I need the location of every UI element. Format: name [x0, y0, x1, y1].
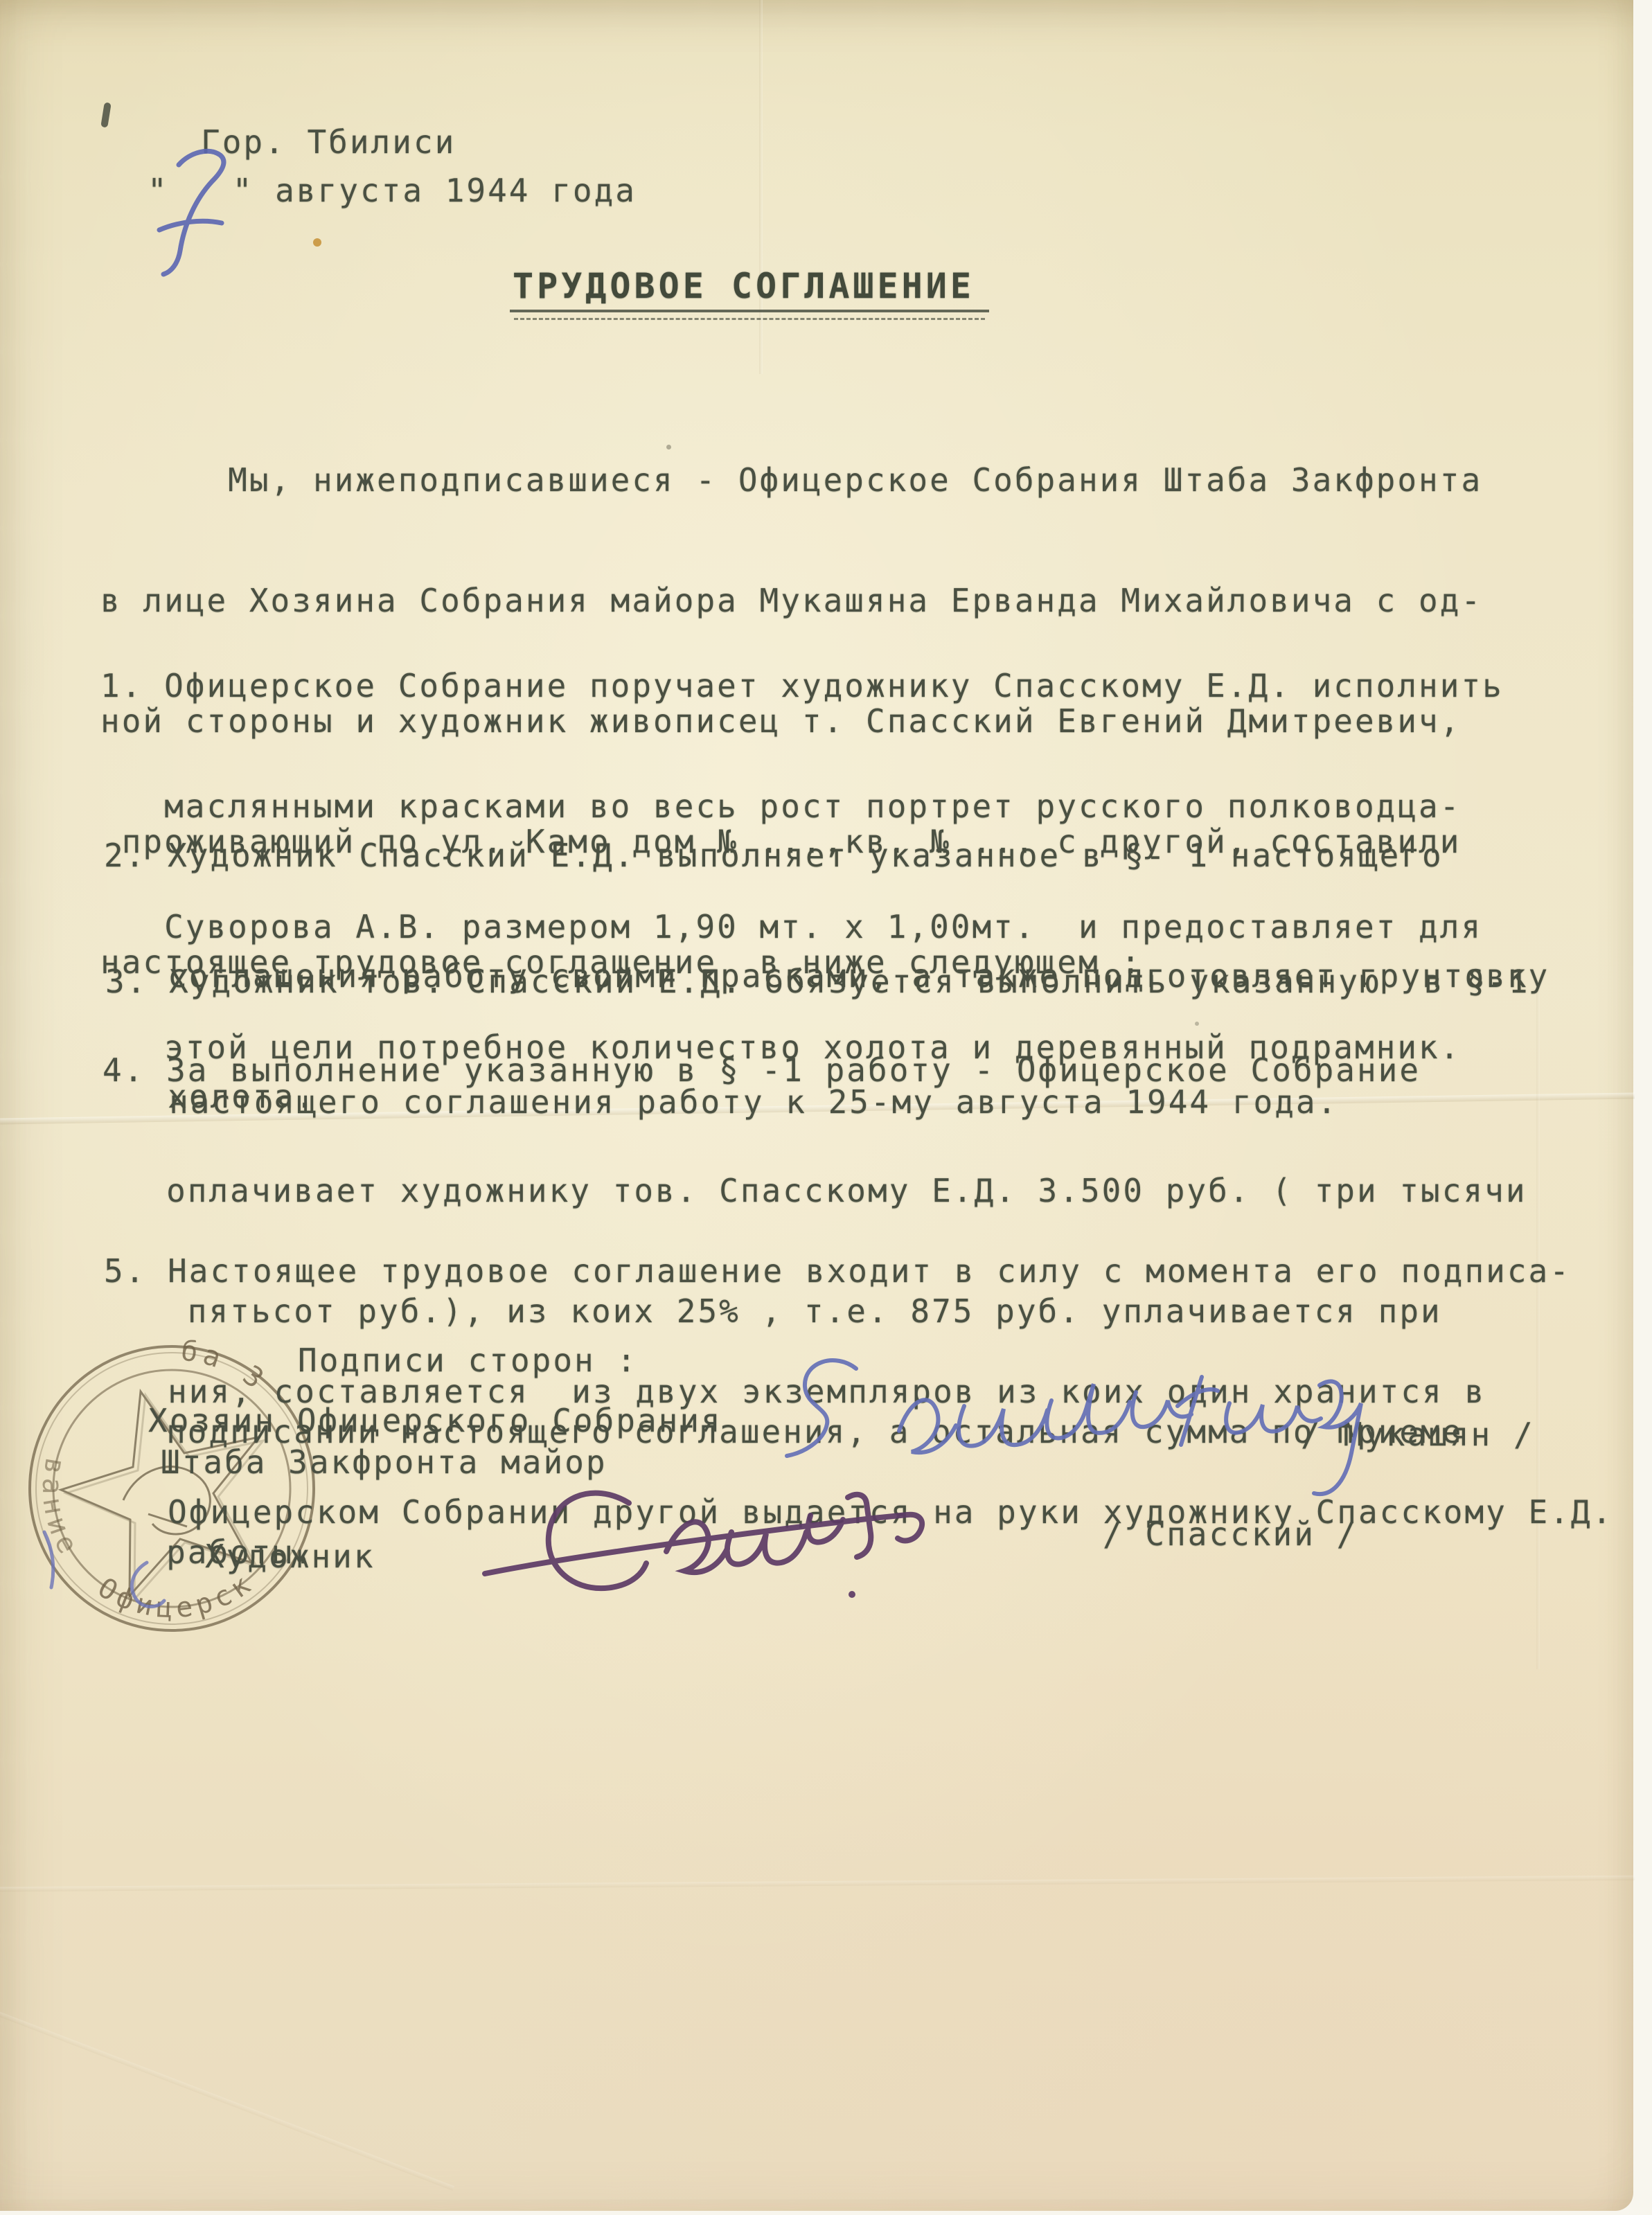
title-underline-2 [514, 318, 985, 320]
doc-title: ТРУДОВОЕ СОГЛАШЕНИЕ [513, 266, 975, 306]
clause-line: Офицерском Собрании другой выдается на р… [104, 1492, 1613, 1532]
clause-line: 2. Художник Спасский Е.Д. выполняет указ… [104, 835, 1549, 875]
clause-line: 5. Настоящее трудовое соглашение входит … [104, 1251, 1613, 1291]
intro-line: Мы, нижеподписавшиеся - Офицерское Собра… [100, 460, 1482, 500]
document-scan: ба З вание Офицерск Гор. Тбилиси " " авг… [0, 0, 1652, 2215]
title-underline [510, 310, 989, 312]
host-title-line2: Штаба Закфронта майор [161, 1442, 607, 1482]
handwritten-day-7 [159, 151, 224, 274]
signatures-label: Подписи сторон : [298, 1340, 638, 1380]
fold-crease-horizontal-2 [0, 1876, 1635, 1892]
paper-sheet: ба З вание Офицерск Гор. Тбилиси " " авг… [0, 0, 1633, 2211]
host-title-line1: Хозяин Офицерского Собрания [148, 1400, 722, 1441]
mukashyan-typed-name: / Мукашян / [1301, 1414, 1535, 1455]
doc-place: Гор. Тбилиси [201, 122, 456, 162]
stamp-ring-text-left: вание [36, 1455, 86, 1563]
orange-speck [313, 238, 321, 247]
clause-line: 1. Офицерское Собрание поручает художник… [100, 666, 1504, 706]
ink-blot [100, 102, 112, 127]
artist-label: Художник [205, 1536, 375, 1576]
spassky-typed-name: / Спасский / [1103, 1514, 1358, 1554]
clause-line: 4. За выполнение указанную в § -1 работу… [103, 1050, 1527, 1090]
fold-crease-diagonal [0, 1998, 454, 2191]
doc-date-line: " " августа 1944 года [148, 170, 637, 211]
